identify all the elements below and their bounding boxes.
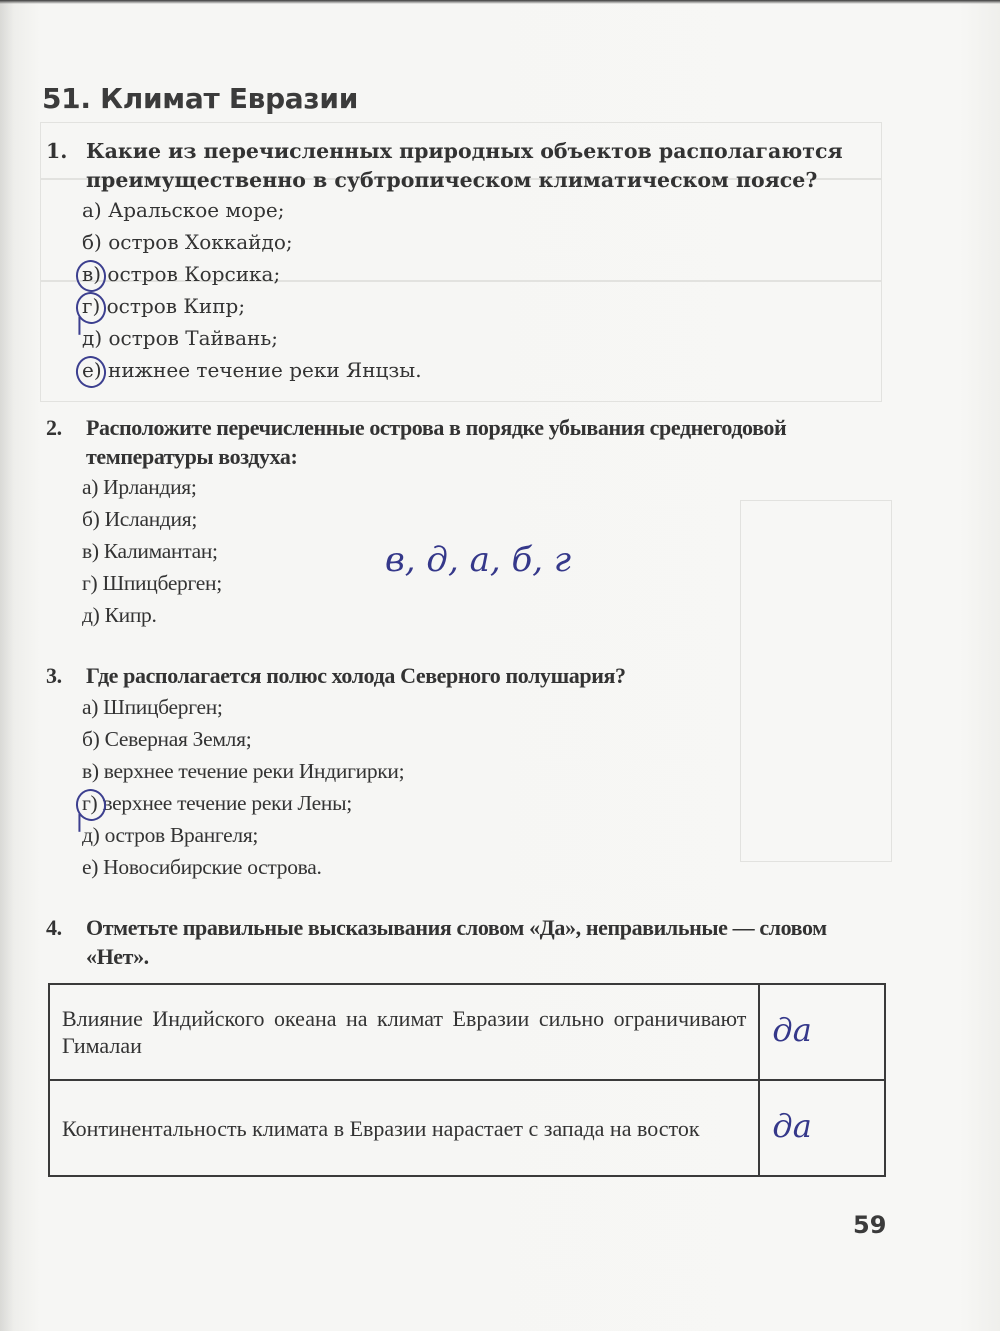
option[interactable]: б) остров Хоккайдо;	[82, 226, 422, 258]
question-number: 4.	[46, 913, 62, 942]
table-row: Влияние Индийского океана на климат Евра…	[49, 984, 885, 1080]
statement-cell: Континентальность климата в Евразии нара…	[49, 1080, 759, 1176]
option[interactable]: д) остров Врангеля;	[82, 819, 404, 851]
question-3-options: а) Шпицберген; б) Северная Земля; в) вер…	[82, 691, 404, 883]
question-2-options: а) Ирландия; б) Исландия; в) Калимантан;…	[82, 471, 222, 631]
question-number: 3.	[46, 661, 62, 690]
scan-edge-shadow	[0, 0, 1000, 4]
option: а) Ирландия;	[82, 471, 222, 503]
option[interactable]: а) Аральское море;	[82, 194, 422, 226]
question-number: 1.	[46, 137, 67, 166]
statement-cell: Влияние Индийского океана на климат Евра…	[49, 984, 759, 1080]
question-3: 3. Где располагается полюс холода Северн…	[46, 661, 886, 690]
yes-no-table: Влияние Индийского океана на климат Евра…	[48, 983, 886, 1177]
option-circled[interactable]: г) остров Кипр;	[82, 290, 422, 322]
workbook-page: 51. Климат Евразии 1. Какие из перечисле…	[0, 0, 1000, 1331]
question-1-options: а) Аральское море; б) остров Хоккайдо; в…	[82, 194, 422, 386]
option-circled[interactable]: в) остров Корсика;	[82, 258, 422, 290]
option[interactable]: а) Шпицберген;	[82, 691, 404, 723]
handwritten-answer: да	[772, 1107, 811, 1145]
answer-cell[interactable]: да	[759, 984, 885, 1080]
option[interactable]: е) Новосибирские острова.	[82, 851, 404, 883]
option: д) Кипр.	[82, 599, 222, 631]
option: в) Калимантан;	[82, 535, 222, 567]
page-number: 59	[853, 1211, 886, 1239]
option: б) Исландия;	[82, 503, 222, 535]
handwritten-answer: да	[772, 1011, 811, 1049]
option[interactable]: д) остров Тайвань;	[82, 322, 422, 354]
page-title: 51. Климат Евразии	[42, 82, 358, 115]
question-1: 1. Какие из перечисленных природных объе…	[46, 137, 886, 195]
question-4: 4. Отметьте правильные высказывания слов…	[46, 913, 886, 971]
option-circled[interactable]: е) нижнее течение реки Янцзы.	[82, 354, 422, 386]
question-text: Какие из перечисленных природных объекто…	[86, 137, 886, 195]
question-text: Расположите перечисленные острова в поря…	[86, 413, 886, 471]
answer-cell[interactable]: да	[759, 1080, 885, 1176]
option-circled[interactable]: г) верхнее течение реки Лены;	[82, 787, 404, 819]
question-text: Где располагается полюс холода Северного…	[86, 661, 886, 690]
question-text: Отметьте правильные высказывания словом …	[86, 913, 886, 971]
table-row: Континентальность климата в Евразии нара…	[49, 1080, 885, 1176]
question-2: 2. Расположите перечисленные острова в п…	[46, 413, 886, 471]
handwritten-answer[interactable]: в, д, а, б, г	[385, 540, 571, 580]
option[interactable]: в) верхнее течение реки Индигирки;	[82, 755, 404, 787]
question-number: 2.	[46, 413, 62, 442]
option: г) Шпицберген;	[82, 567, 222, 599]
option[interactable]: б) Северная Земля;	[82, 723, 404, 755]
